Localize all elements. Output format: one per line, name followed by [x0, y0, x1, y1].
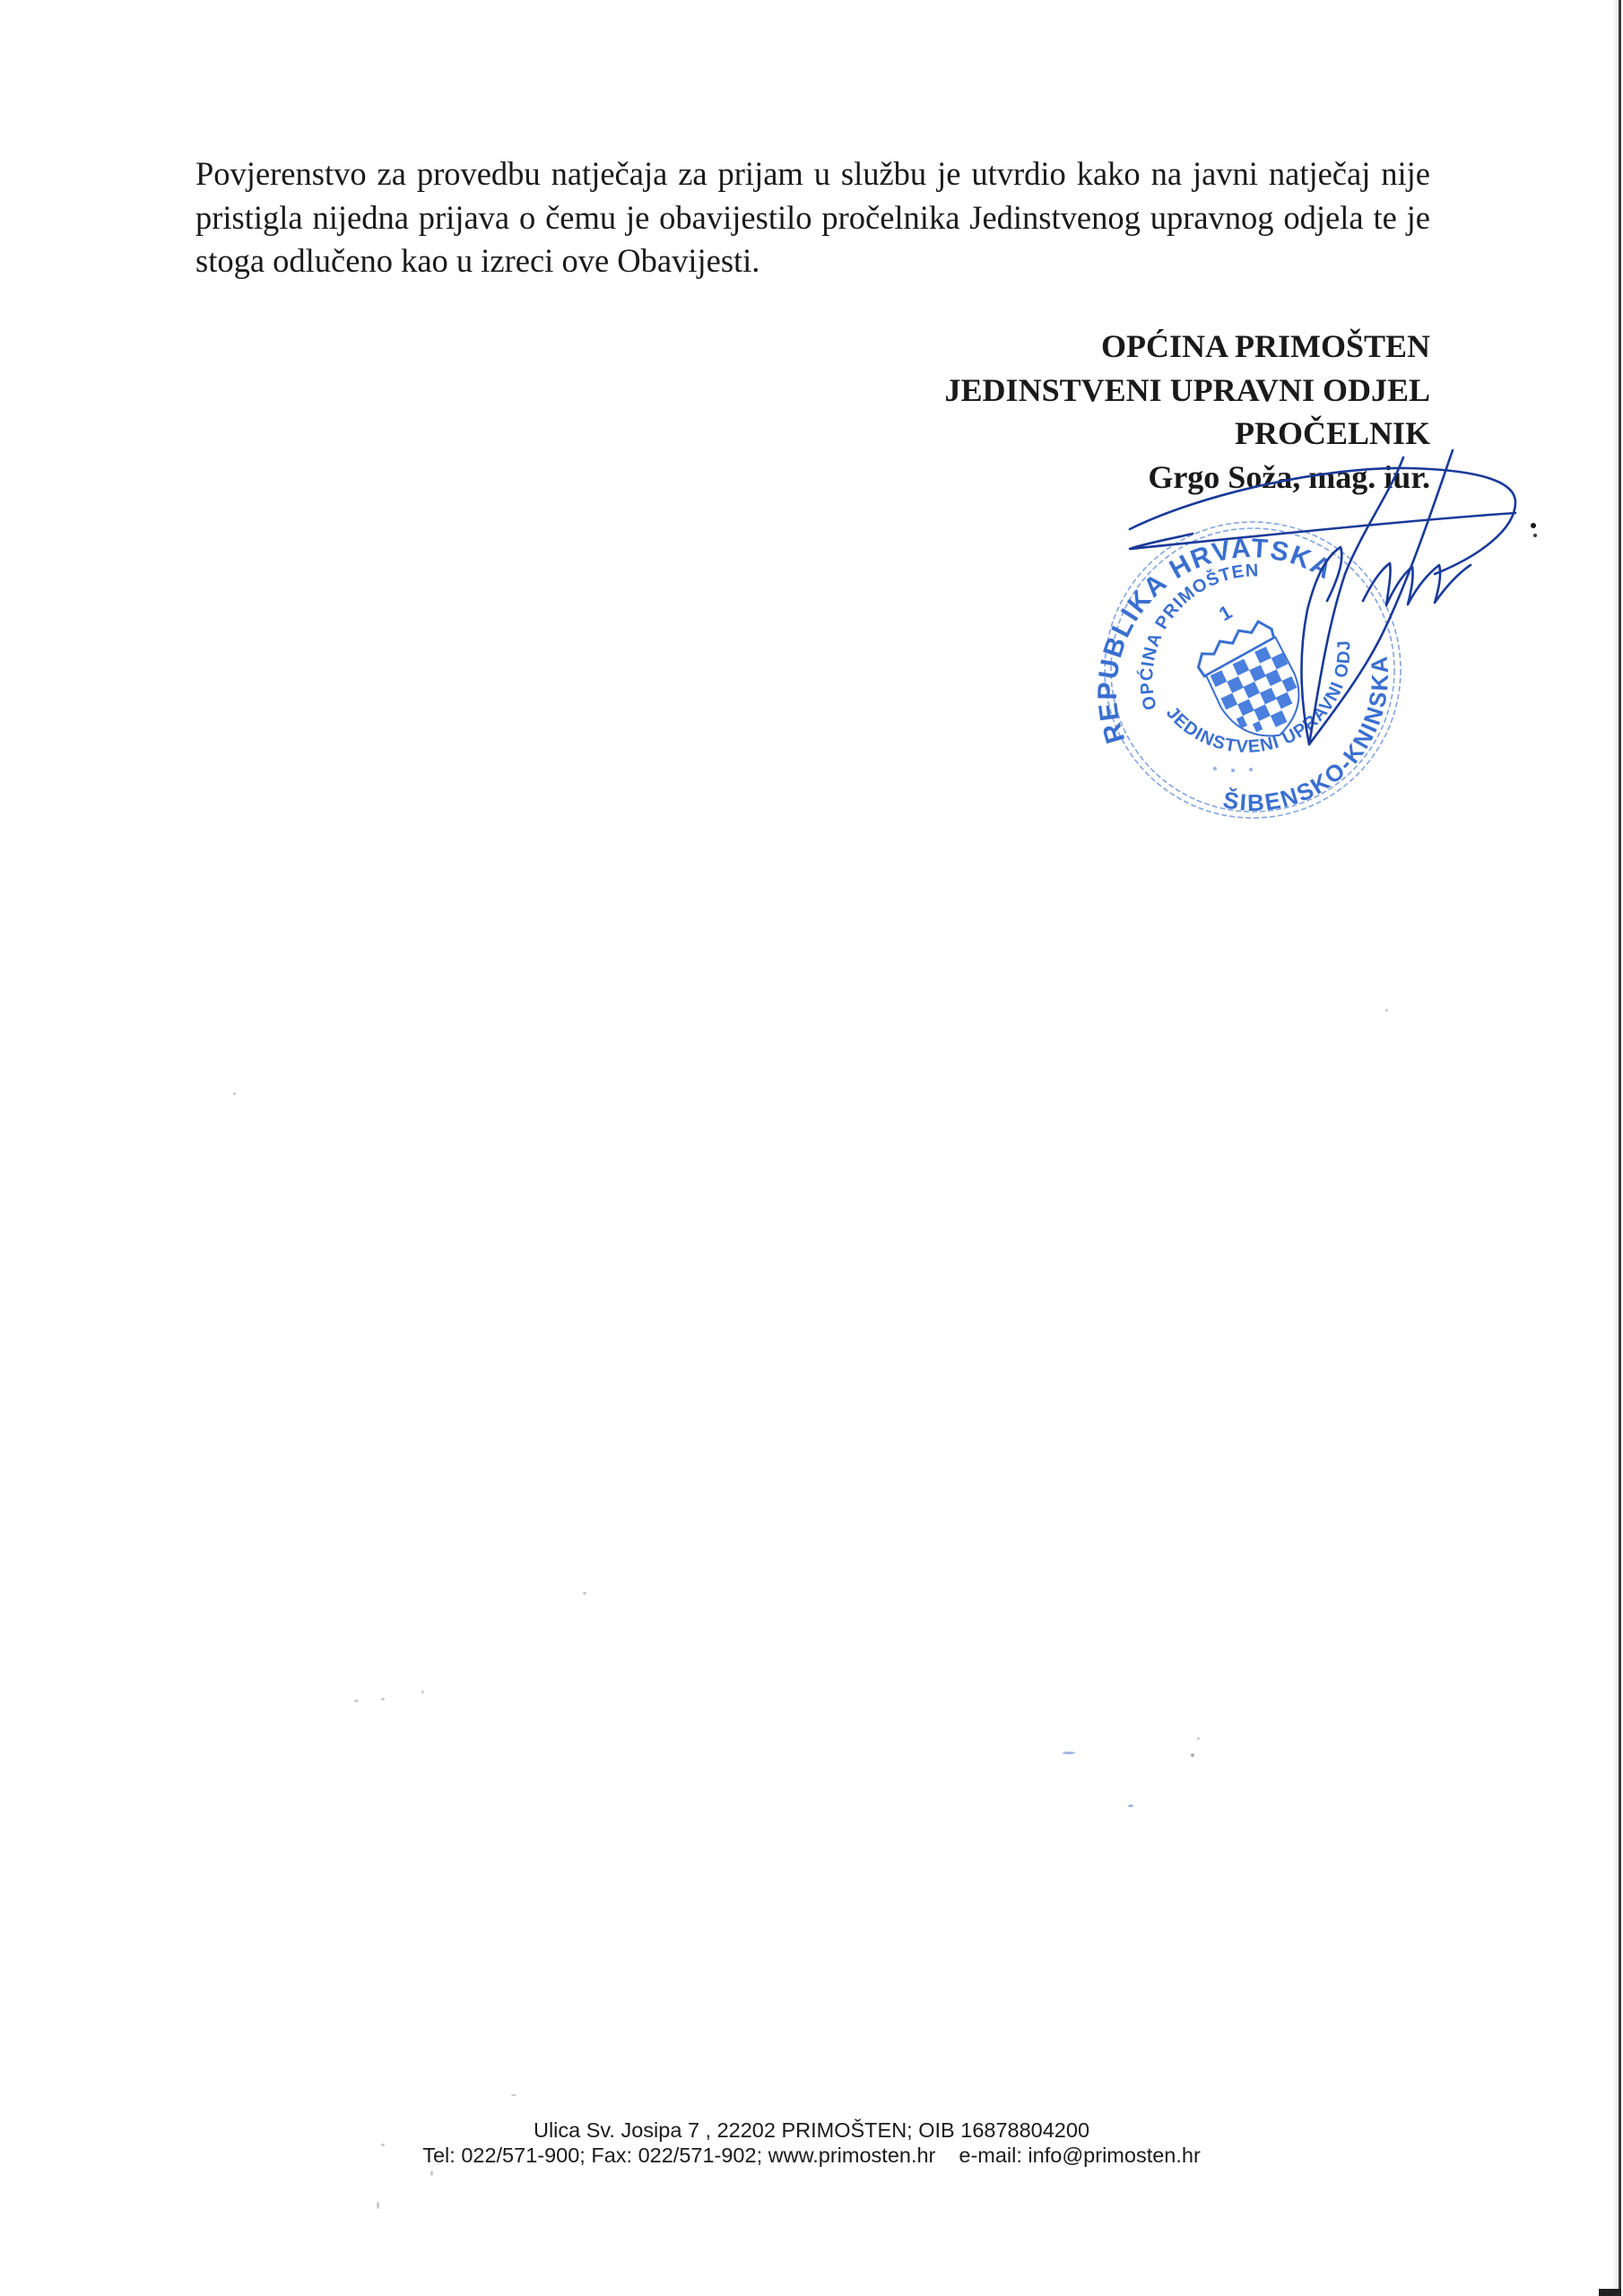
scan-speck [1128, 1805, 1133, 1807]
footer-contact: Tel: 022/571-900; Fax: 022/571-902; www.… [422, 2144, 935, 2167]
scan-speck [583, 1592, 586, 1595]
scan-speck [430, 2170, 433, 2176]
scan-speck [1533, 534, 1537, 537]
scan-speck [354, 1700, 359, 1702]
letterhead-footer: Ulica Sv. Josipa 7 , 22202 PRIMOŠTEN; OI… [0, 2118, 1623, 2168]
scan-speck [1197, 1737, 1200, 1740]
scan-speck [1191, 1753, 1194, 1757]
scan-speck [233, 1092, 236, 1095]
scan-speck [377, 2202, 379, 2209]
document-page: Povjerenstvo za provedbu natječaja za pr… [0, 0, 1623, 2296]
scan-speck [1385, 1009, 1388, 1012]
page-edge-shadow [1612, 0, 1619, 2296]
body-paragraph: Povjerenstvo za provedbu natječaja za pr… [195, 152, 1430, 283]
page-edge-line [1619, 0, 1621, 2296]
footer-contact-line: Tel: 022/571-900; Fax: 022/571-902; www.… [0, 2143, 1623, 2168]
scan-speck [381, 1698, 385, 1700]
page-corner-mark [1599, 2289, 1621, 2296]
scan-speck [511, 2094, 516, 2096]
footer-email: e-mail: info@primosten.hr [959, 2144, 1200, 2167]
signature-organization: OPĆINA PRIMOŠTEN [945, 325, 1430, 369]
scan-speck [421, 1691, 424, 1693]
handwritten-signature-icon [1094, 404, 1542, 780]
scan-speck [1063, 1752, 1075, 1754]
footer-address: Ulica Sv. Josipa 7 , 22202 PRIMOŠTEN; OI… [0, 2118, 1623, 2143]
